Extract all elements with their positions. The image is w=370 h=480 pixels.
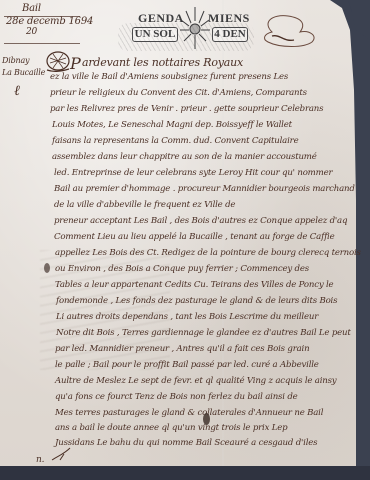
text-line: ans a bail le doute annee ql qu'un vingt… [55, 423, 287, 433]
document-scan: Bail 28e decemb 1694 20 Dibnay La Bucail… [0, 0, 370, 480]
text-line: Notre dit Bois , Terres gardiennage le g… [56, 328, 351, 338]
text-line: prieur le religieux du Convent des Cit. … [50, 88, 307, 98]
stamp-value-box: UN SOL [132, 27, 178, 42]
margin-date-sub: 20 [26, 27, 37, 37]
ink-blot [203, 413, 210, 425]
margin-title: Bail [22, 3, 41, 14]
text-line: ou Environ , des Bois a Conque puy ferri… [55, 264, 309, 274]
sun-emblem-icon [180, 5, 210, 51]
end-mark: n. [36, 455, 44, 465]
text-line: Jussidans Le bahu du qui nomme Bail Scea… [55, 438, 317, 448]
text-line: assemblez dans leur chappitre au son de … [52, 152, 317, 162]
margin-party-1: Dibnay [2, 56, 29, 65]
text-line: Li autres droits dependans , tant les Bo… [56, 312, 318, 322]
text-line: Bail au premier d'hommage . procureur Ma… [54, 184, 355, 194]
notary-paraph-icon [258, 12, 320, 48]
tax-stamp: GENDA MIENS UN SOL 4 DEN [112, 5, 260, 53]
text-line: faisans la representans la Comm. dud. Co… [52, 136, 298, 146]
text-line: le palle ; Bail pour le proffit Bail pas… [55, 360, 319, 370]
margin-mark: ℓ [14, 83, 20, 100]
margin-date: 28e decemb 1694 [6, 16, 93, 27]
text-line: fondemonde , Les fonds dez pasturage le … [56, 296, 337, 306]
text-line: Tables a leur appartenant Cedits Cu. Tei… [55, 280, 333, 290]
scan-background-edge [0, 466, 370, 480]
text-line: Louis Motes, Le Seneschal Magni dep. Boi… [52, 120, 292, 130]
text-line: Mes terres pasturages le gland & collate… [55, 408, 323, 418]
text-line: ardevant les nottaires Royaux [82, 56, 243, 69]
stamp-text-left: GENDA [138, 11, 184, 26]
closing-flourish-icon [50, 446, 72, 462]
text-line: de la ville d'abbeville le frequent ez V… [54, 200, 235, 210]
text-line: par les Relivrez pres de Venir . prieur … [50, 104, 323, 114]
text-line: led. Entreprinse de leur celebrans syte … [54, 168, 332, 178]
text-line: par led. Mannidier preneur , Antres qu'i… [55, 344, 309, 354]
stamp-text-right: MIENS [208, 11, 250, 26]
text-line: Comment Lieu au lieu appelé la Bucaille … [54, 232, 335, 242]
text-line: ez la ville le Bail d'Amiens soubsignez … [50, 72, 288, 82]
text-line: preneur acceptant Les Bail , des Bois d'… [54, 216, 347, 226]
text-line: Aultre de Meslez Le sept de fevr. et ql … [55, 376, 336, 386]
stamp-value-box: 4 DEN [212, 27, 248, 42]
text-line: qu'a fons ce fourct Tenz de Bois non fer… [55, 392, 298, 402]
ink-blot [44, 263, 50, 273]
margin-party-2: La Bucaille [2, 68, 45, 77]
decorated-initial-icon [45, 50, 71, 74]
opening-initial: P [70, 54, 81, 73]
text-line: appellez Les Bois des Ct. Redigez de la … [55, 248, 361, 258]
margin-rule [4, 43, 80, 44]
